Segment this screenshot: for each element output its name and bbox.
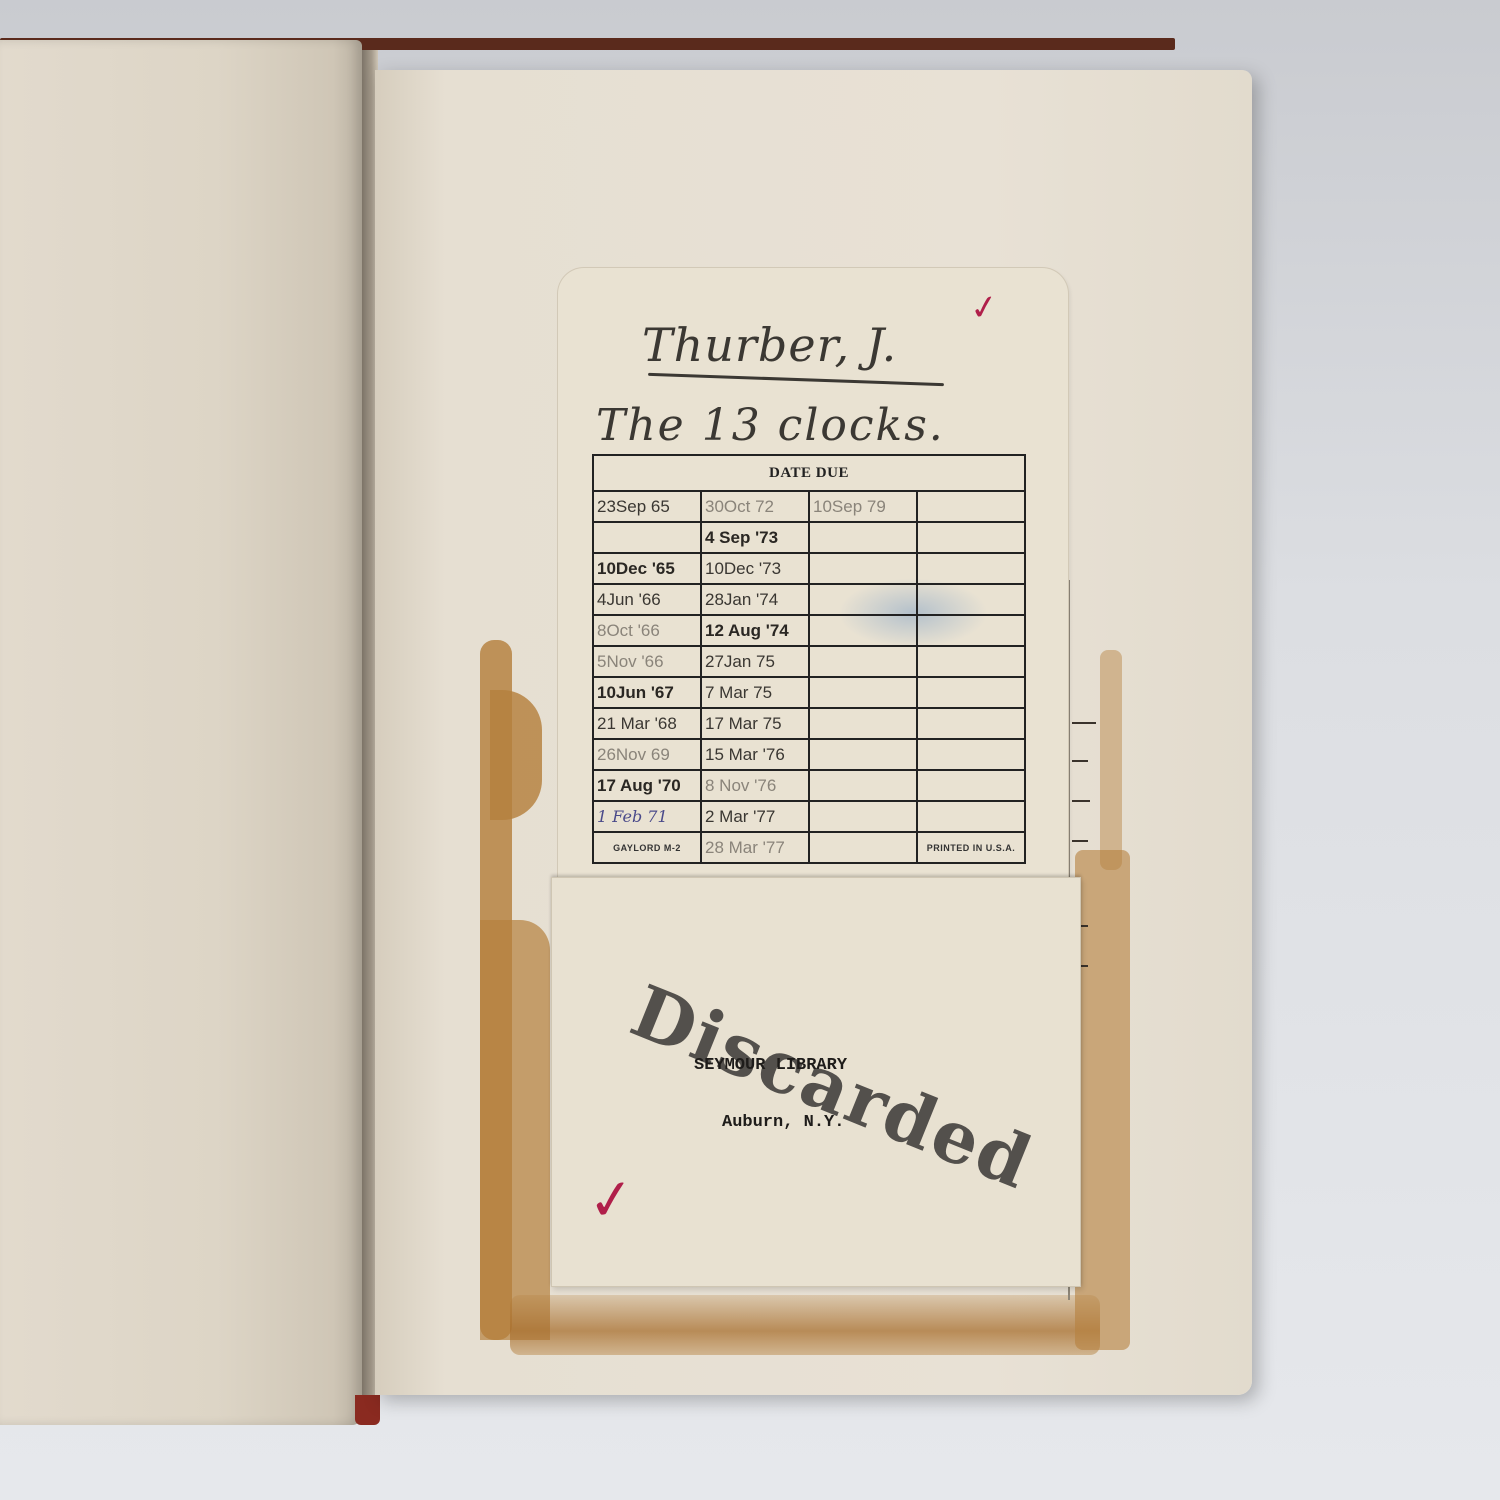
- library-name: SEYMOUR LIBRARY: [694, 1056, 847, 1075]
- date-cell: 12 Aug '74: [701, 615, 809, 646]
- check-mark-icon: ✓: [967, 286, 1001, 330]
- date-cell: [917, 584, 1025, 615]
- date-cell: 10Dec '73: [701, 553, 809, 584]
- date-cell: [809, 615, 917, 646]
- date-due-table: DATE DUE 23Sep 65 30Oct 72 10Sep 79 4 Se…: [592, 454, 1026, 864]
- table-row: 26Nov 69 15 Mar '76: [593, 739, 1025, 770]
- date-cell: [809, 801, 917, 832]
- water-stain: [1100, 650, 1122, 870]
- author-underline: [648, 373, 944, 386]
- date-cell: 4 Sep '73: [701, 522, 809, 553]
- date-cell: [917, 522, 1025, 553]
- table-row: 10Jun '67 7 Mar 75: [593, 677, 1025, 708]
- water-stain: [490, 690, 542, 820]
- table-row: 1 Feb 71 2 Mar '77: [593, 801, 1025, 832]
- date-cell: 17 Aug '70: [593, 770, 701, 801]
- date-cell: 8 Nov '76: [701, 770, 809, 801]
- date-cell: [809, 646, 917, 677]
- date-cell: 30Oct 72: [701, 491, 809, 522]
- date-cell: 1 Feb 71: [593, 801, 701, 832]
- date-cell: [917, 708, 1025, 739]
- date-cell: 17 Mar 75: [701, 708, 809, 739]
- date-cell: 28Jan '74: [701, 584, 809, 615]
- table-row: GAYLORD M-2 28 Mar '77 PRINTED IN U.S.A.: [593, 832, 1025, 863]
- table-row: 10Dec '65 10Dec '73: [593, 553, 1025, 584]
- date-cell: 23Sep 65: [593, 491, 701, 522]
- date-cell: [809, 584, 917, 615]
- date-cell: [917, 801, 1025, 832]
- date-cell: [917, 739, 1025, 770]
- discarded-stamp: Discarded: [620, 968, 1044, 1205]
- date-cell: 15 Mar '76: [701, 739, 809, 770]
- table-row: 21 Mar '68 17 Mar 75: [593, 708, 1025, 739]
- check-mark-icon: ✓: [585, 1166, 638, 1236]
- date-cell: 5Nov '66: [593, 646, 701, 677]
- date-cell: [917, 646, 1025, 677]
- ruler-tick: [1072, 722, 1096, 724]
- table-row: 23Sep 65 30Oct 72 10Sep 79: [593, 491, 1025, 522]
- library-card-pocket: Discarded SEYMOUR LIBRARY Auburn, N.Y. ✓: [551, 877, 1081, 1287]
- ruler-tick: [1072, 760, 1088, 762]
- date-cell: 27Jan 75: [701, 646, 809, 677]
- printed-label: PRINTED IN U.S.A.: [917, 832, 1025, 863]
- date-cell: [917, 491, 1025, 522]
- table-row: 4Jun '66 28Jan '74: [593, 584, 1025, 615]
- date-cell: [809, 832, 917, 863]
- ruler-tick: [1072, 840, 1088, 842]
- date-cell: 26Nov 69: [593, 739, 701, 770]
- date-cell: [809, 708, 917, 739]
- date-cell: 8Oct '66: [593, 615, 701, 646]
- date-cell: [593, 522, 701, 553]
- left-page: [0, 40, 362, 1425]
- ruler-tick: [1072, 800, 1090, 802]
- table-header: DATE DUE: [593, 455, 1025, 491]
- date-cell: [809, 553, 917, 584]
- table-row: 17 Aug '70 8 Nov '76: [593, 770, 1025, 801]
- date-cell: [917, 553, 1025, 584]
- date-cell: [917, 677, 1025, 708]
- date-cell: 10Dec '65: [593, 553, 701, 584]
- date-cell: 2 Mar '77: [701, 801, 809, 832]
- date-cell: 10Jun '67: [593, 677, 701, 708]
- date-cell: 28 Mar '77: [701, 832, 809, 863]
- card-maker-label: GAYLORD M-2: [593, 832, 701, 863]
- date-cell: [809, 522, 917, 553]
- water-stain: [510, 1295, 1100, 1355]
- card-author: Thurber, J.: [642, 318, 897, 372]
- library-city: Auburn, N.Y.: [722, 1113, 844, 1132]
- card-title: The 13 clocks.: [596, 400, 945, 451]
- date-cell: [917, 770, 1025, 801]
- table-row: 4 Sep '73: [593, 522, 1025, 553]
- date-cell: 10Sep 79: [809, 491, 917, 522]
- date-cell: [917, 615, 1025, 646]
- water-stain: [480, 920, 550, 1340]
- book-spine-cloth: [355, 1395, 380, 1425]
- photo-scene: Thurber, J. The 13 clocks. ✓ DATE DUE 23…: [0, 0, 1500, 1500]
- date-cell: [809, 677, 917, 708]
- date-cell: 21 Mar '68: [593, 708, 701, 739]
- date-cell: [809, 770, 917, 801]
- date-cell: 4Jun '66: [593, 584, 701, 615]
- table-row: 5Nov '66 27Jan 75: [593, 646, 1025, 677]
- table-row: 8Oct '66 12 Aug '74: [593, 615, 1025, 646]
- date-cell: 7 Mar 75: [701, 677, 809, 708]
- date-cell: [809, 739, 917, 770]
- date-due-card: Thurber, J. The 13 clocks. ✓ DATE DUE 23…: [558, 268, 1068, 908]
